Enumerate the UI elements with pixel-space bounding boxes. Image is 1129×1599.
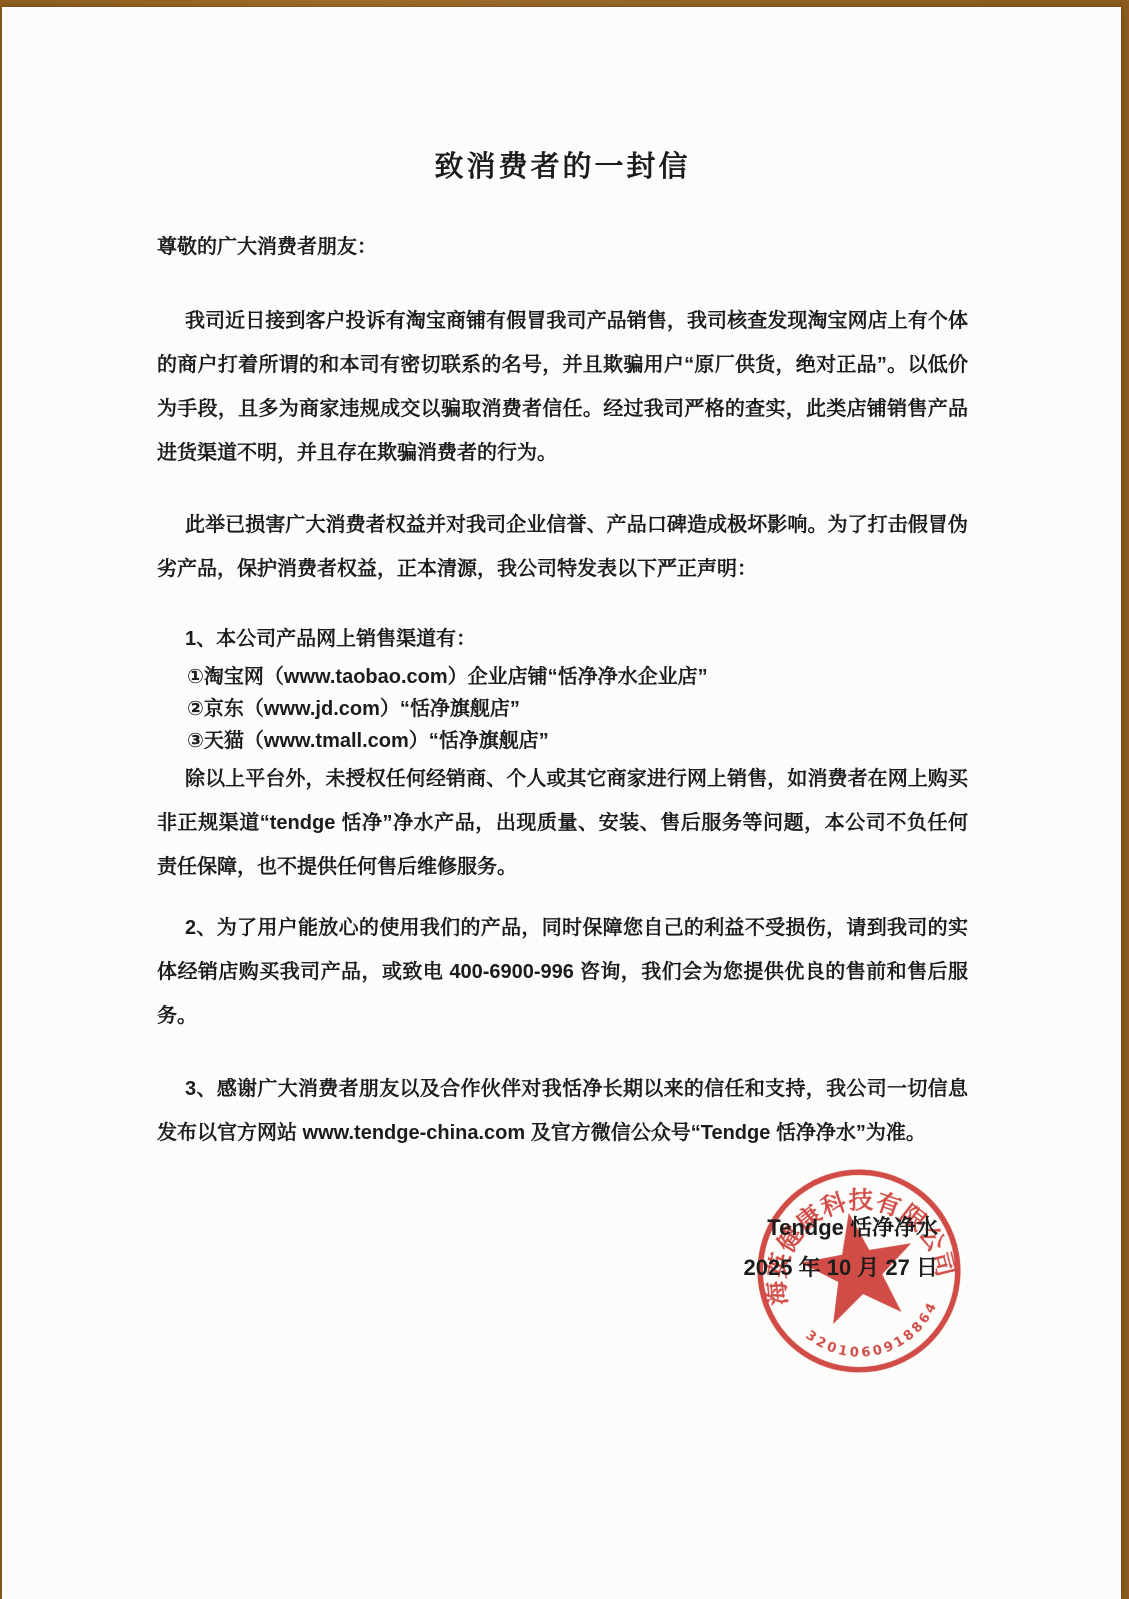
- letter-title: 致消费者的一封信: [157, 147, 968, 187]
- item2-paragraph: 2、为了用户能放心的使用我们的产品，同时保障您自己的利益不受损伤，请到我司的实体…: [157, 906, 968, 1038]
- paragraph-complaint: 我司近日接到客户投诉有淘宝商铺有假冒我司产品销售，我司核查发现淘宝网店上有个体的…: [157, 299, 968, 475]
- signature-block: Tendge 恬净净水 2025 年 10 月 27 日: [157, 1208, 968, 1288]
- paragraph-statement-intro: 此举已损害广大消费者权益并对我司企业信誉、产品口碑造成极坏影响。为了打击假冒伪劣…: [157, 503, 968, 591]
- signature-company: Tendge 恬净净水: [157, 1208, 938, 1248]
- sales-channel-list: ①淘宝网（www.taobao.com）企业店铺“恬净净水企业店” ②京东（ww…: [157, 661, 968, 757]
- item1-body: 除以上平台外，未授权任何经销商、个人或其它商家进行网上销售，如消费者在网上购买非…: [157, 757, 968, 889]
- channel-taobao: ①淘宝网（www.taobao.com）企业店铺“恬净净水企业店”: [157, 661, 968, 693]
- channel-jd: ②京东（www.jd.com）“恬净旗舰店”: [157, 693, 968, 725]
- signature-date: 2025 年 10 月 27 日: [157, 1248, 938, 1288]
- letter-content: 致消费者的一封信 尊敬的广大消费者朋友： 我司近日接到客户投诉有淘宝商铺有假冒我…: [2, 147, 1121, 1288]
- item1-heading: 1、本公司产品网上销售渠道有：: [157, 617, 968, 661]
- letter-paper: 致消费者的一封信 尊敬的广大消费者朋友： 我司近日接到客户投诉有淘宝商铺有假冒我…: [2, 7, 1121, 1599]
- channel-tmall: ③天猫（www.tmall.com）“恬净旗舰店”: [157, 725, 968, 757]
- salutation: 尊敬的广大消费者朋友：: [157, 225, 968, 269]
- item3-paragraph: 3、感谢广大消费者朋友以及合作伙伴对我恬净长期以来的信任和支持，我公司一切信息发…: [157, 1067, 968, 1155]
